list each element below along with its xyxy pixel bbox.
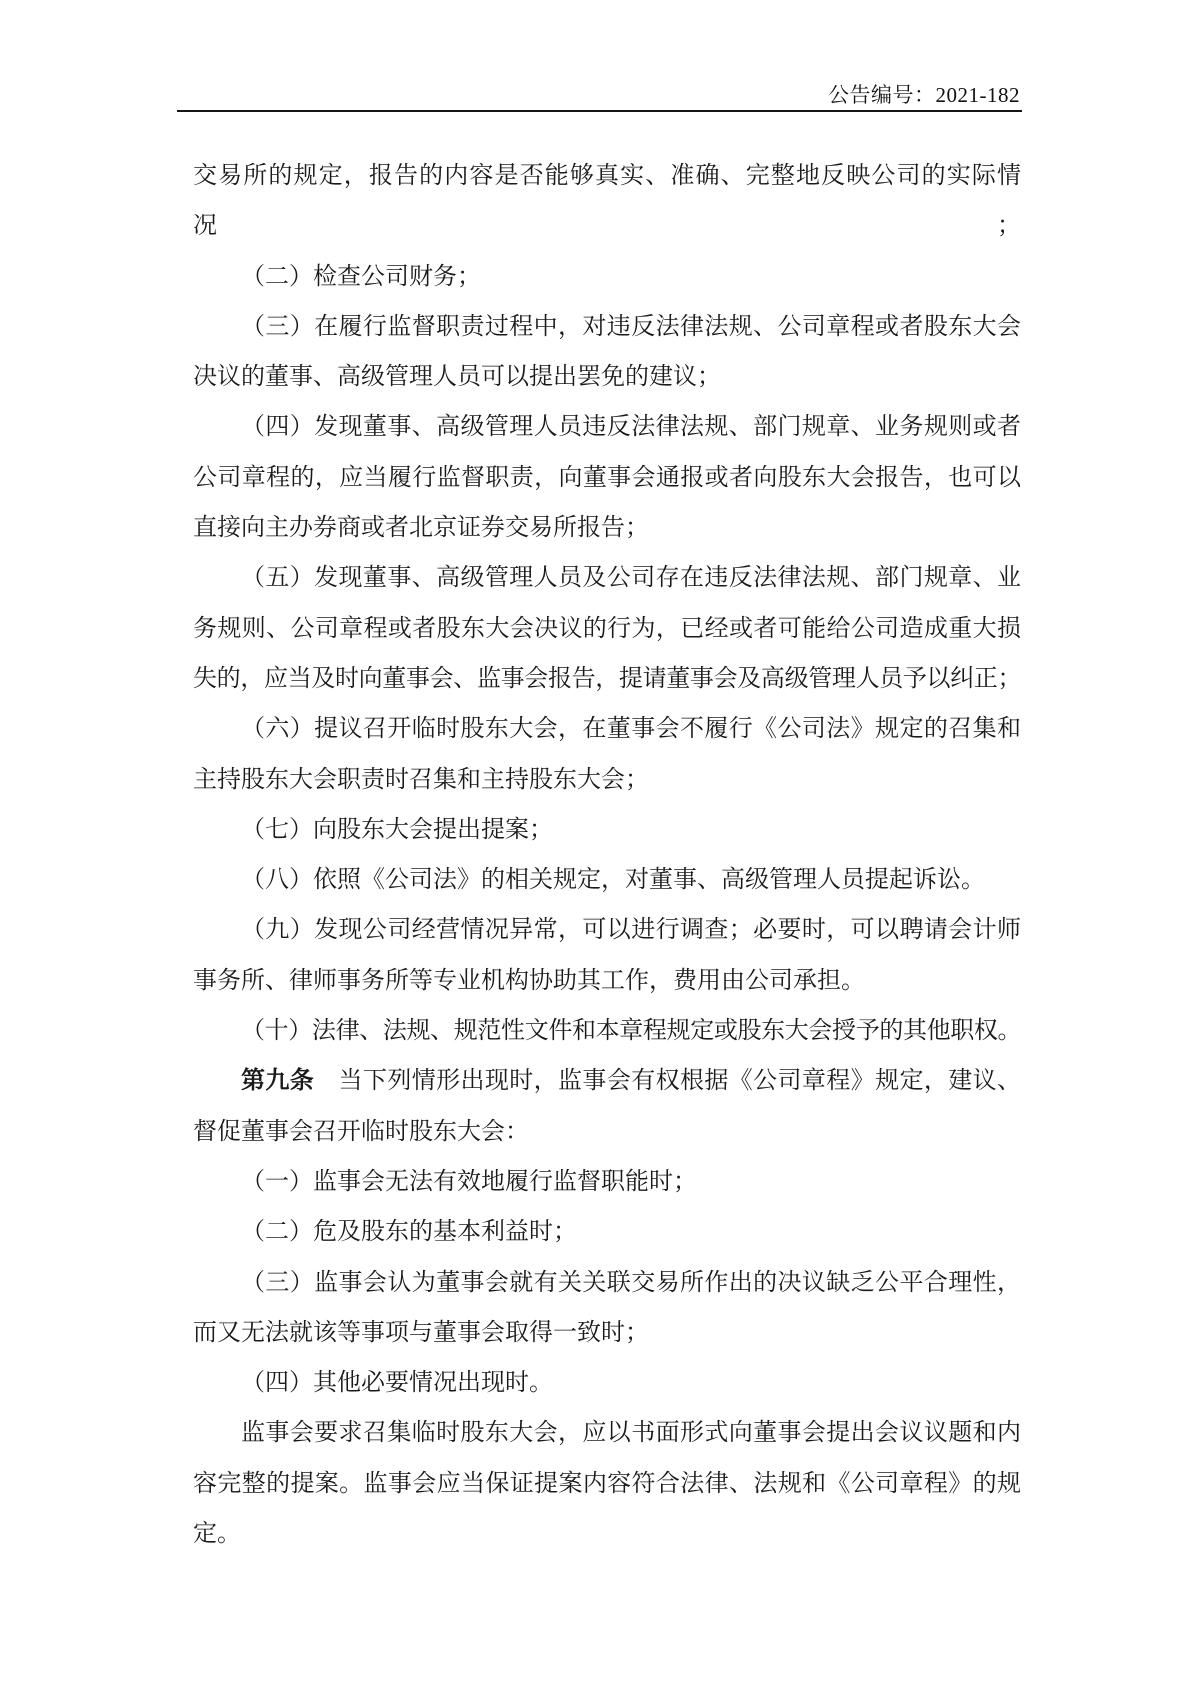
text-line: 失的，应当及时向董事会、监事会报告，提请董事会及高级管理人员予以纠正； [193, 654, 1021, 704]
text-line-article-9: 第九条 当下列情形出现时，监事会有权根据《公司章程》规定，建议、 [193, 1056, 1021, 1106]
text-line: 而又无法就该等事项与董事会取得一致时； [193, 1308, 1021, 1358]
article-number-label: 第九条 [241, 1068, 314, 1094]
announcement-number: 公告编号：2021-182 [828, 79, 1020, 109]
text-line: （二）检查公司财务； [193, 252, 1021, 302]
text-line: 事务所、律师事务所等专业机构协助其工作，费用由公司承担。 [193, 956, 1021, 1006]
text-line: 督促董事会召开临时股东大会： [193, 1107, 1021, 1157]
text-line: 交易所的规定，报告的内容是否能够真实、准确、完整地反映公司的实际情况； [193, 151, 1021, 252]
article-text: 当下列情形出现时，监事会有权根据《公司章程》规定，建议、 [314, 1068, 1021, 1094]
text-line: 公司章程的，应当履行监督职责，向董事会通报或者向股东大会报告，也可以 [193, 453, 1021, 503]
text-line: （三）在履行监督职责过程中，对违反法律法规、公司章程或者股东大会 [193, 302, 1021, 352]
document-body: 交易所的规定，报告的内容是否能够真实、准确、完整地反映公司的实际情况； （二）检… [193, 151, 1021, 1559]
text-line: 决议的董事、高级管理人员可以提出罢免的建议； [193, 352, 1021, 402]
text-line: （九）发现公司经营情况异常，可以进行调查；必要时，可以聘请会计师 [193, 905, 1021, 955]
text-line: （一）监事会无法有效地履行监督职能时； [193, 1157, 1021, 1207]
text-line: （八）依照《公司法》的相关规定，对董事、高级管理人员提起诉讼。 [193, 855, 1021, 905]
text-line: 务规则、公司章程或者股东大会决议的行为，已经或者可能给公司造成重大损 [193, 604, 1021, 654]
text-line: 定。 [193, 1509, 1021, 1559]
header-divider-rule [177, 110, 1022, 112]
text-line: （七）向股东大会提出提案； [193, 805, 1021, 855]
document-page: 公告编号：2021-182 交易所的规定，报告的内容是否能够真实、准确、完整地反… [0, 0, 1199, 1696]
text-line: 直接向主办券商或者北京证券交易所报告； [193, 503, 1021, 553]
text-line: （二）危及股东的基本利益时； [193, 1207, 1021, 1257]
text-line: （四）发现董事、高级管理人员违反法律法规、部门规章、业务规则或者 [193, 402, 1021, 452]
text-line: （三）监事会认为董事会就有关关联交易所作出的决议缺乏公平合理性， [193, 1258, 1021, 1308]
text-line: 监事会要求召集临时股东大会，应以书面形式向董事会提出会议议题和内 [193, 1408, 1021, 1458]
text-line: （四）其他必要情况出现时。 [193, 1358, 1021, 1408]
text-line: （十）法律、法规、规范性文件和本章程规定或股东大会授予的其他职权。 [193, 1006, 1021, 1056]
text-line: 主持股东大会职责时召集和主持股东大会； [193, 755, 1021, 805]
text-line: （六）提议召开临时股东大会，在董事会不履行《公司法》规定的召集和 [193, 704, 1021, 754]
text-line: （五）发现董事、高级管理人员及公司存在违反法律法规、部门规章、业 [193, 553, 1021, 603]
text-line: 容完整的提案。监事会应当保证提案内容符合法律、法规和《公司章程》的规 [193, 1459, 1021, 1509]
